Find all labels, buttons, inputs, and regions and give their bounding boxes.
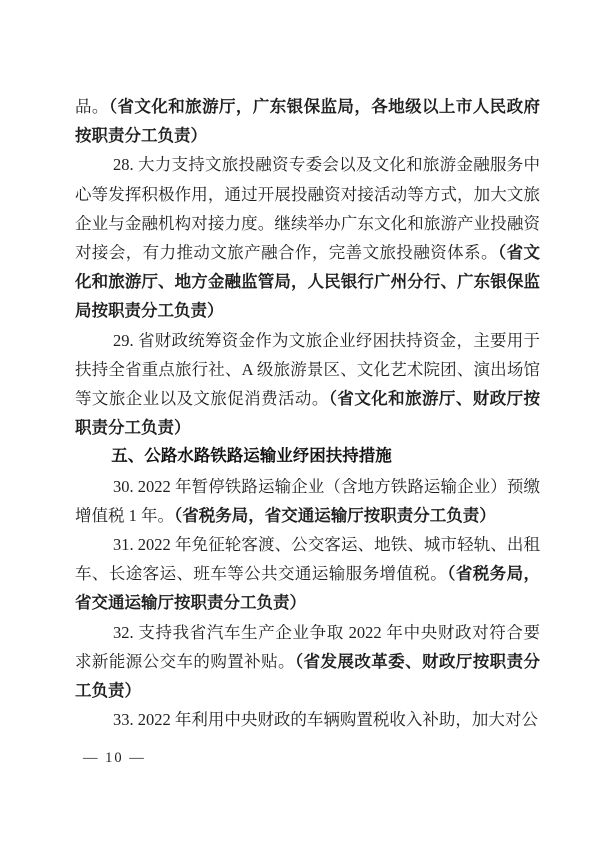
paragraph-item-31: 31. 2022 年免征轮客渡、公交客运、地铁、城市轻轨、出租车、长途客运、班车… (75, 530, 540, 618)
paragraph-item-33-partial: 33. 2022 年利用中央财政的车辆购置税收入补助，加大对公 (75, 705, 540, 734)
paragraph-body: 28. 大力支持文旅投融资专委会以及文化和旅游金融服务中心等发挥积极作用，通过开… (75, 155, 540, 262)
paragraph-body: 33. 2022 年利用中央财政的车辆购置税收入补助，加大对公 (113, 710, 538, 729)
responsibility-clause: （省文化和旅游厅，广东银保监局，各地级以上市人民政府按职责分工负责） (75, 97, 540, 145)
document-text-block: 品。（省文化和旅游厅，广东银保监局，各地级以上市人民政府按职责分工负责） 28.… (75, 92, 540, 734)
responsibility-clause: （省税务局，省交通运输厅按职责分工负责） (174, 506, 496, 525)
paragraph-item-28: 28. 大力支持文旅投融资专委会以及文化和旅游金融服务中心等发挥积极作用，通过开… (75, 150, 540, 325)
paragraph-item-30: 30. 2022 年暂停铁路运输企业（含地方铁路运输企业）预缴增值税 1 年。（… (75, 472, 540, 530)
section-heading-5: 五、公路水路铁路运输业纾困扶持措施 (75, 442, 540, 471)
page-number: — 10 — (83, 750, 146, 767)
paragraph-item-29: 29. 省财政统筹资金作为文旅企业纾困扶持资金，主要用于扶持全省重点旅行社、A … (75, 326, 540, 443)
document-page: 品。（省文化和旅游厅，广东银保监局，各地级以上市人民政府按职责分工负责） 28.… (0, 0, 600, 848)
paragraph-body: 品。 (75, 97, 109, 116)
paragraph-continuation: 品。（省文化和旅游厅，广东银保监局，各地级以上市人民政府按职责分工负责） (75, 92, 540, 150)
paragraph-item-32: 32. 支持我省汽车生产企业争取 2022 年中央财政对符合要求新能源公交车的购… (75, 618, 540, 706)
